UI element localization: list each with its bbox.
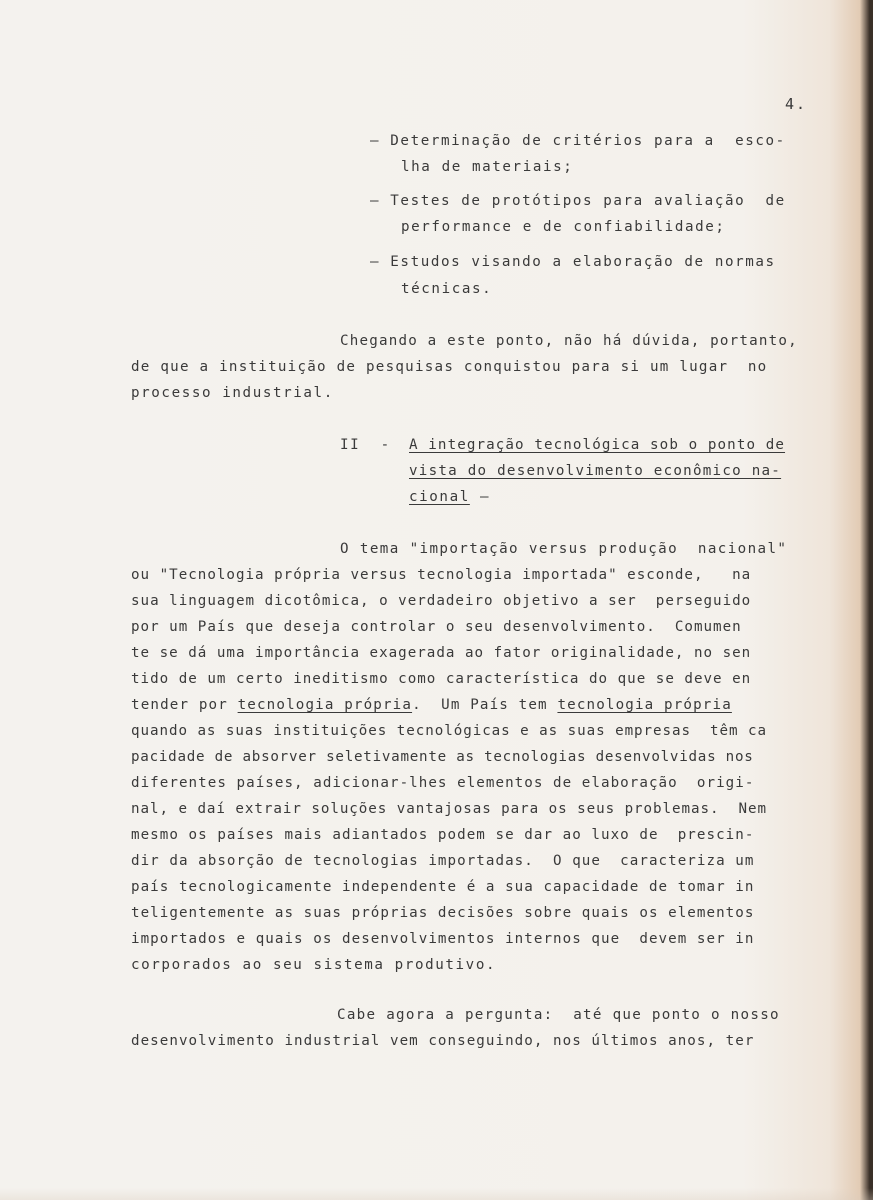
- paragraph-line: corporados ao seu sistema produtivo.: [131, 956, 496, 974]
- paragraph-line: nal, e daí extrair soluções vantajosas p…: [131, 800, 767, 818]
- paragraph-line: quando as suas instituições tecnológicas…: [131, 722, 767, 740]
- paragraph-line: ou "Tecnologia própria versus tecnologia…: [131, 566, 751, 584]
- paragraph-line: O tema "importação versus produção nacio…: [340, 540, 787, 558]
- section-title-line: vista do desenvolvimento econômico na-: [409, 462, 781, 480]
- paragraph-line: processo industrial.: [131, 384, 334, 402]
- underlined-term: tecnologia própria: [557, 697, 731, 713]
- bullet-line: — Determinação de critérios para a esco-: [370, 132, 786, 150]
- bullet-line: técnicas.: [401, 280, 492, 298]
- paragraph-line: importados e quais os desenvolvimentos i…: [131, 930, 754, 948]
- section-title-line: A integração tecnológica sob o ponto de: [409, 436, 785, 454]
- paragraph-line: de que a instituição de pesquisas conqui…: [131, 358, 767, 376]
- paragraph-line: dir da absorção de tecnologias importada…: [131, 852, 754, 870]
- paper-edge-shadow: [0, 1188, 873, 1200]
- page-number: 4.: [785, 95, 807, 113]
- paragraph-line: desenvolvimento industrial vem conseguin…: [131, 1032, 754, 1050]
- bullet-line: — Estudos visando a elaboração de normas: [370, 253, 776, 271]
- bullet-line: — Testes de protótipos para avaliação de: [370, 192, 786, 210]
- paragraph-line: tido de um certo ineditismo como caracte…: [131, 670, 751, 688]
- paragraph-line: te se dá uma importância exagerada ao fa…: [131, 644, 751, 662]
- paragraph-line: Cabe agora a pergunta: até que ponto o n…: [337, 1006, 780, 1024]
- bullet-line: performance e de confiabilidade;: [401, 218, 726, 236]
- paragraph-line: Chegando a este ponto, não há dúvida, po…: [340, 332, 798, 350]
- paragraph-line: diferentes países, adicionar-lhes elemen…: [131, 774, 754, 792]
- bullet-line: lha de materiais;: [401, 158, 573, 176]
- text-run: . Um País tem: [412, 697, 557, 713]
- paragraph-line: pacidade de absorver seletivamente as te…: [131, 748, 754, 766]
- document-page: 4. — Determinação de critérios para a es…: [0, 0, 873, 1200]
- paragraph-line: por um País que deseja controlar o seu d…: [131, 618, 742, 636]
- section-number: II -: [340, 436, 391, 454]
- paragraph-line: país tecnologicamente independente é a s…: [131, 878, 754, 896]
- paragraph-line: teligentemente as suas próprias decisões…: [131, 904, 754, 922]
- paragraph-line: sua linguagem dicotômica, o verdadeiro o…: [131, 592, 751, 610]
- paragraph-line: mesmo os países mais adiantados podem se…: [131, 826, 754, 844]
- underlined-term: tecnologia própria: [238, 697, 412, 713]
- paragraph-line: tender por tecnologia própria. Um País t…: [131, 696, 732, 714]
- text-run: tender por: [131, 697, 238, 713]
- section-title-line: cional —: [409, 488, 490, 506]
- section-title-dash: —: [470, 489, 490, 505]
- section-title-end: cional: [409, 489, 470, 505]
